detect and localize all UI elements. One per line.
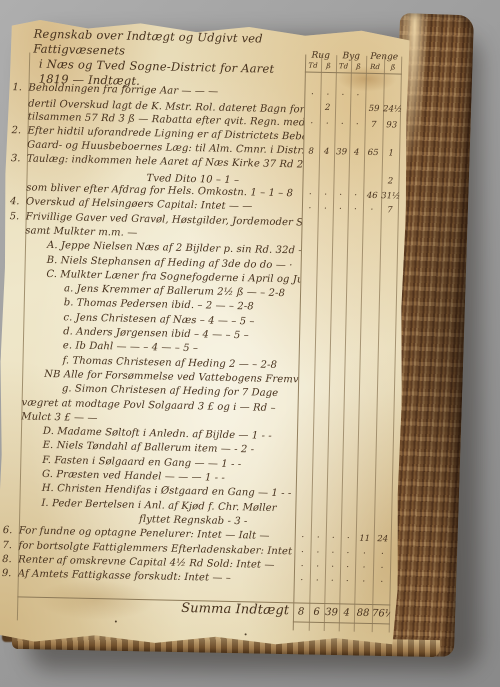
ledger-cells: 84394651 <box>303 147 400 159</box>
ledger-cells: ······ <box>294 561 391 573</box>
ledger-cell: · <box>340 562 355 572</box>
ledger-cell: · <box>302 190 318 200</box>
ledger-cell: · <box>340 576 355 586</box>
entry-number: 9. <box>0 568 18 579</box>
ledger-rows: 1.Beholdningen fra forrige Aar — — —····… <box>0 82 409 591</box>
entry-number: 4. <box>4 196 26 207</box>
ledger-cell: 93 <box>383 120 401 130</box>
ledger-cell: · <box>304 89 320 99</box>
ledger-cells <box>299 354 396 356</box>
ledger-cells <box>297 440 394 442</box>
ledger-cell: · <box>348 191 363 201</box>
ledger-cell: · <box>333 205 348 215</box>
ledger-cell: 7 <box>365 119 383 129</box>
ledger-cell: · <box>335 119 350 129</box>
ledger-cell <box>318 175 333 185</box>
ledger-cell: · <box>350 119 365 129</box>
ledger-cells <box>296 468 393 470</box>
ledger-book: Regnskab over Indtægt og Udgivt ved Fatt… <box>2 8 498 684</box>
ledger-cell: · <box>320 118 335 128</box>
summa-cell: 8 <box>293 603 309 621</box>
ledger-cells: ······ <box>294 547 391 559</box>
ledger-cell: · <box>363 205 381 215</box>
ledger-cell: · <box>310 576 325 586</box>
ledger-cell <box>363 176 381 186</box>
ledger-cells <box>297 411 394 413</box>
ledger-cell: 39 <box>334 147 349 157</box>
entry-number: 7. <box>0 539 19 550</box>
ledger-cells <box>301 254 398 256</box>
ledger-cell: · <box>310 562 325 572</box>
entry-number: 3. <box>5 153 27 164</box>
ledger-cells <box>302 225 399 227</box>
ledger-cells <box>299 339 396 341</box>
ledger-cell: · <box>355 563 373 573</box>
manuscript-page: Regnskab over Indtægt og Udgivt ved Fatt… <box>0 18 410 651</box>
ledger-cell: 11 <box>356 534 374 544</box>
ledger-cell: · <box>318 204 333 214</box>
ledger-cells <box>299 325 396 327</box>
ledger-cells: ···· <box>304 89 401 101</box>
ledger-cells: ····1124 <box>295 533 392 545</box>
ledger-cell <box>348 175 363 185</box>
ledger-cell: 2 <box>320 103 335 113</box>
ink-speck <box>245 633 247 635</box>
photograph-of-ledger: Regnskab over Indtægt og Udgivt ved Fatt… <box>0 0 500 687</box>
ledger-cell <box>350 104 365 114</box>
ledger-cell: · <box>325 548 340 558</box>
ledger-cell: 46 <box>363 191 381 201</box>
ledger-cell <box>302 174 318 184</box>
entry-number: 5. <box>4 211 26 222</box>
ledger-cell: · <box>295 533 311 543</box>
ledger-cells <box>297 454 394 456</box>
ledger-cell: · <box>304 118 320 128</box>
ledger-cell: · <box>318 190 333 200</box>
ledger-cell: · <box>335 90 350 100</box>
ledger-cells <box>301 239 398 241</box>
ledger-cell: · <box>325 562 340 572</box>
ledger-cells <box>298 397 395 399</box>
summa-label: Summa Indtægt <box>17 596 293 618</box>
ledger-cell: 4 <box>349 148 364 158</box>
entry-number: 2. <box>5 125 27 136</box>
ledger-cells <box>298 368 395 370</box>
ledger-cell <box>335 103 350 113</box>
ledger-cells <box>298 382 395 384</box>
ledger-cell: · <box>294 575 310 585</box>
entry-number: 8. <box>0 554 18 565</box>
ledger-cells <box>296 497 393 499</box>
ledger-cells <box>296 482 393 484</box>
ledger-cell: · <box>355 548 373 558</box>
ledger-cells: 25924½ <box>304 103 401 115</box>
ledger-cell: · <box>325 576 340 586</box>
ledger-cell: · <box>373 549 391 559</box>
ledger-cell: · <box>373 577 391 587</box>
ledger-cells: 2 <box>302 174 399 186</box>
ledger-cells: ·····7 <box>302 204 399 216</box>
ledger-cell: · <box>373 563 391 573</box>
ledger-cells <box>300 311 397 313</box>
ledger-cells: ····793 <box>304 118 401 130</box>
ledger-cell: · <box>310 547 325 557</box>
ledger-cell: 31½ <box>381 191 399 201</box>
ledger-cell: 65 <box>364 148 382 158</box>
ledger-cell: · <box>340 548 355 558</box>
summa-cell: 76½ <box>372 605 390 623</box>
ledger-cell <box>304 103 320 113</box>
ledger-cell: 7 <box>381 206 399 216</box>
ledger-cells <box>303 139 400 141</box>
ledger-cell: 59 <box>365 104 383 114</box>
ledger-cell: 24½ <box>383 105 401 115</box>
ledger-cell: · <box>320 90 335 100</box>
ledger-cell <box>365 91 383 101</box>
ledger-cells: ······ <box>294 575 391 587</box>
summa-cell: 4 <box>339 604 354 622</box>
ledger-cell: 8 <box>303 147 319 157</box>
entry-number: 1. <box>6 82 28 93</box>
ledger-cells <box>300 297 397 299</box>
ledger-cell: · <box>326 533 341 543</box>
ledger-cell: · <box>311 533 326 543</box>
summa-cell: 39 <box>324 604 339 622</box>
ledger-cell: 24 <box>374 534 392 544</box>
ledger-cell: · <box>341 534 356 544</box>
ledger-cell: 4 <box>319 147 334 157</box>
ledger-cell: · <box>350 90 365 100</box>
summa-cell: 88 <box>354 605 372 623</box>
ledger-cell: · <box>348 205 363 215</box>
ledger-cells <box>301 268 398 270</box>
ledger-cells: ····4631½ <box>302 190 399 202</box>
ledger-cells <box>303 168 400 170</box>
ledger-cell <box>333 175 348 185</box>
ledger-cell <box>383 91 401 101</box>
ledger-cell: · <box>294 561 310 571</box>
entry-number: 6. <box>0 525 19 536</box>
ink-speck <box>115 620 117 622</box>
ledger-cell: · <box>294 547 310 557</box>
ledger-cells <box>295 525 392 527</box>
ledger-cells <box>297 425 394 427</box>
ledger-cell: 2 <box>381 176 399 186</box>
ledger-cell: · <box>355 577 373 587</box>
ledger-cell: · <box>302 204 318 214</box>
ledger-cells <box>300 282 397 284</box>
ledger-cell: · <box>333 190 348 200</box>
summa-cells: 8 6 39 4 88 76½ <box>293 602 390 624</box>
summa-cell: 6 <box>309 604 324 622</box>
ledger-cells <box>295 511 392 513</box>
ledger-cell: 1 <box>382 148 400 158</box>
